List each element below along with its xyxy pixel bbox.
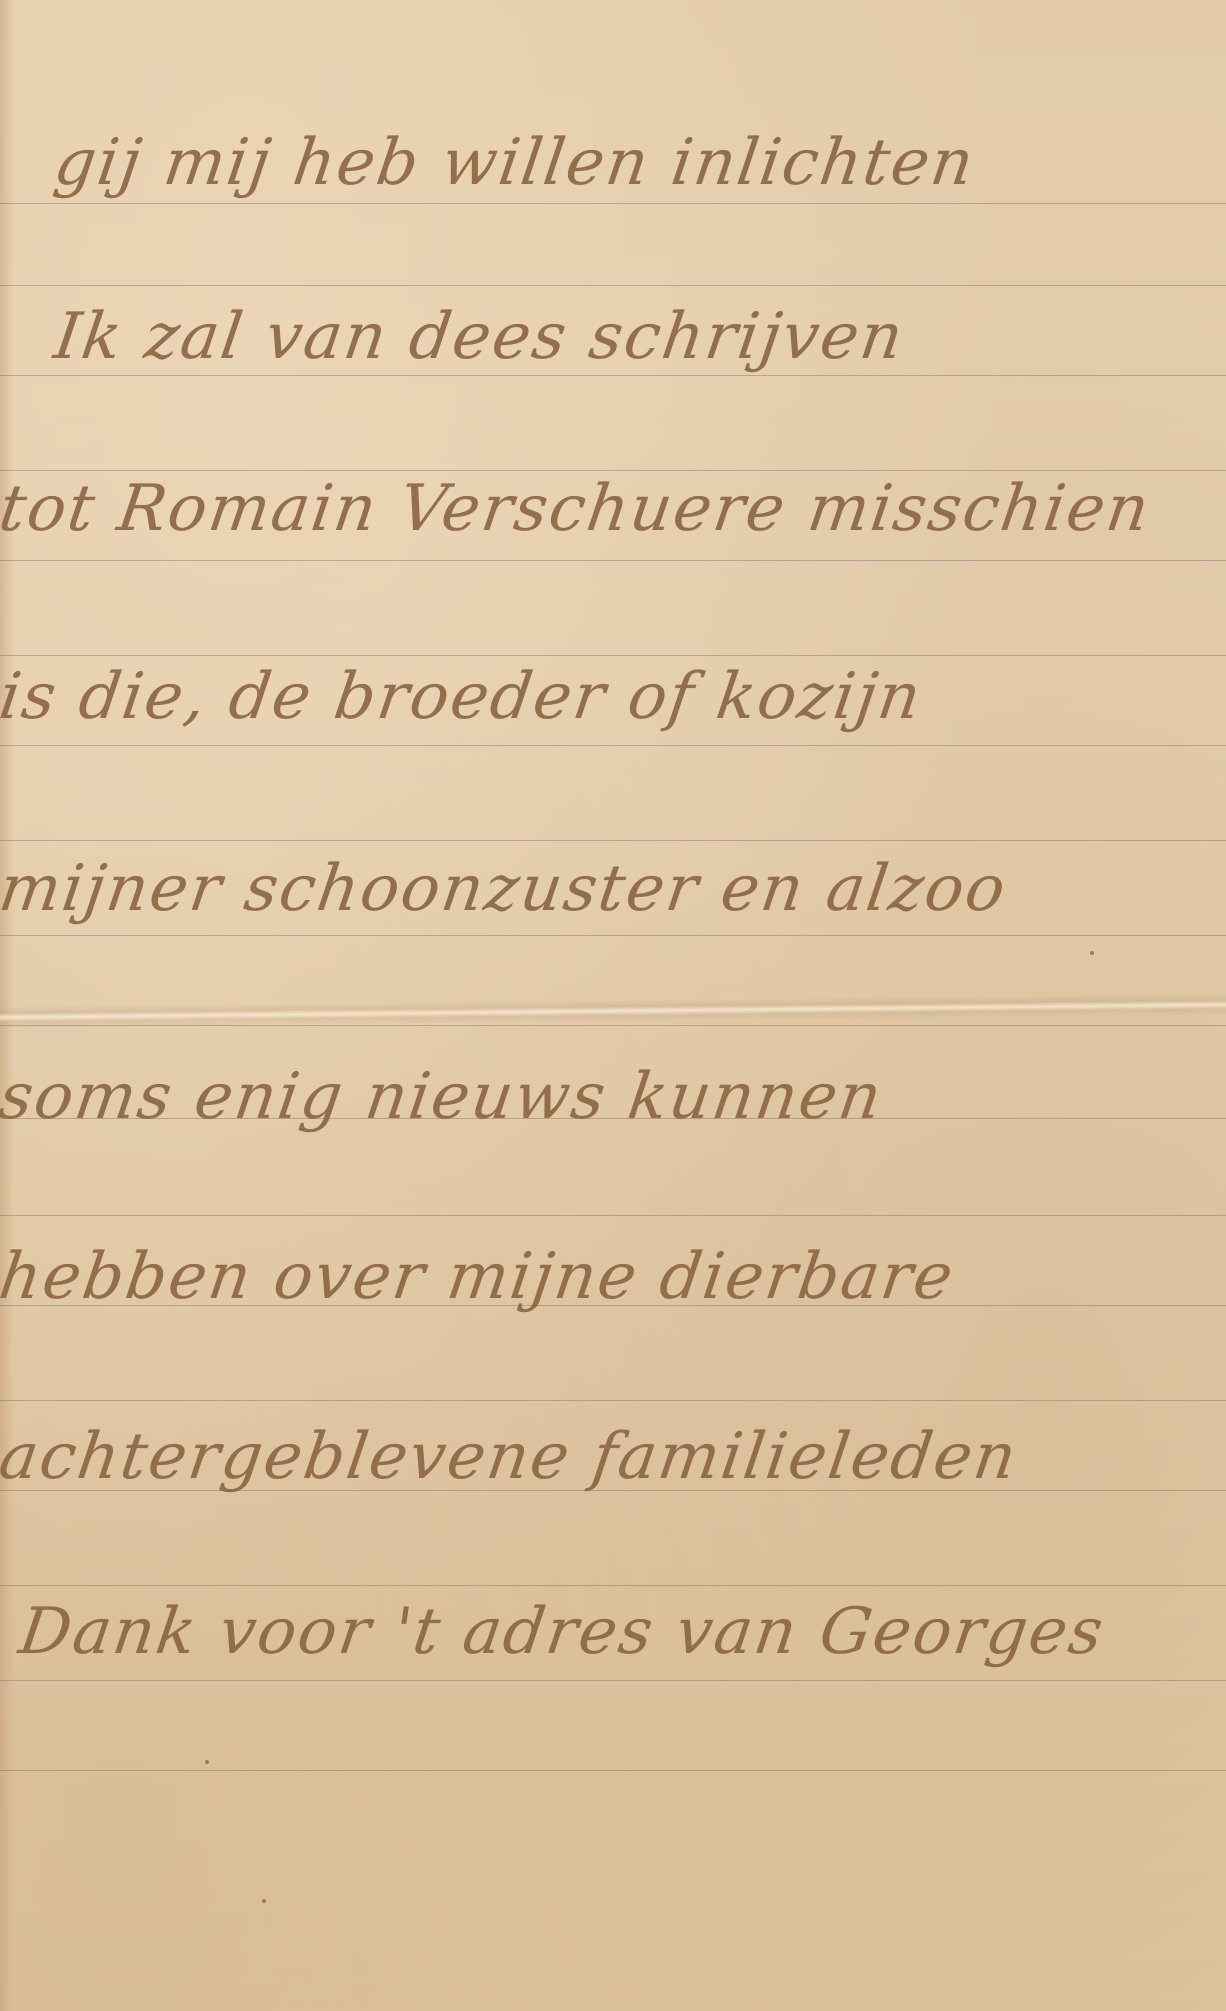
ink-speck	[262, 1899, 266, 1903]
ink-speck	[1090, 951, 1094, 955]
ink-speck	[205, 1760, 209, 1764]
handwritten-line-5: mijner schoonzuster en alzoo	[0, 852, 1226, 926]
handwritten-line-1: gij mij heb willen inlichten	[50, 126, 1226, 200]
ruled-line	[0, 1770, 1226, 1771]
handwritten-line-9: Dank voor 't adres van Georges	[15, 1595, 1226, 1669]
ruled-line	[0, 935, 1226, 936]
ruled-line	[0, 655, 1226, 656]
handwritten-line-4: is die, de broeder of kozijn	[0, 660, 1226, 734]
handwritten-line-3: tot Romain Verschuere misschien	[0, 472, 1226, 546]
letter-page: gij mij heb willen inlichten Ik zal van …	[0, 0, 1226, 2011]
handwritten-line-2: Ik zal van dees schrijven	[50, 300, 1226, 374]
handwritten-line-8: achtergeblevene familieleden	[0, 1420, 1226, 1494]
ruled-line	[0, 560, 1226, 561]
ruled-line	[0, 1680, 1226, 1681]
ruled-line	[0, 375, 1226, 376]
ruled-line	[0, 1400, 1226, 1401]
ruled-line	[0, 203, 1226, 204]
ruled-line	[0, 840, 1226, 841]
ruled-line	[0, 285, 1226, 286]
paper-fold-crease	[0, 994, 1226, 1029]
ruled-line	[0, 1585, 1226, 1586]
ruled-line	[0, 470, 1226, 471]
ruled-line	[0, 1215, 1226, 1216]
ruled-line	[0, 745, 1226, 746]
handwritten-line-7: hebben over mijne dierbare	[0, 1240, 1226, 1314]
handwritten-line-6: soms enig nieuws kunnen	[0, 1060, 1226, 1134]
